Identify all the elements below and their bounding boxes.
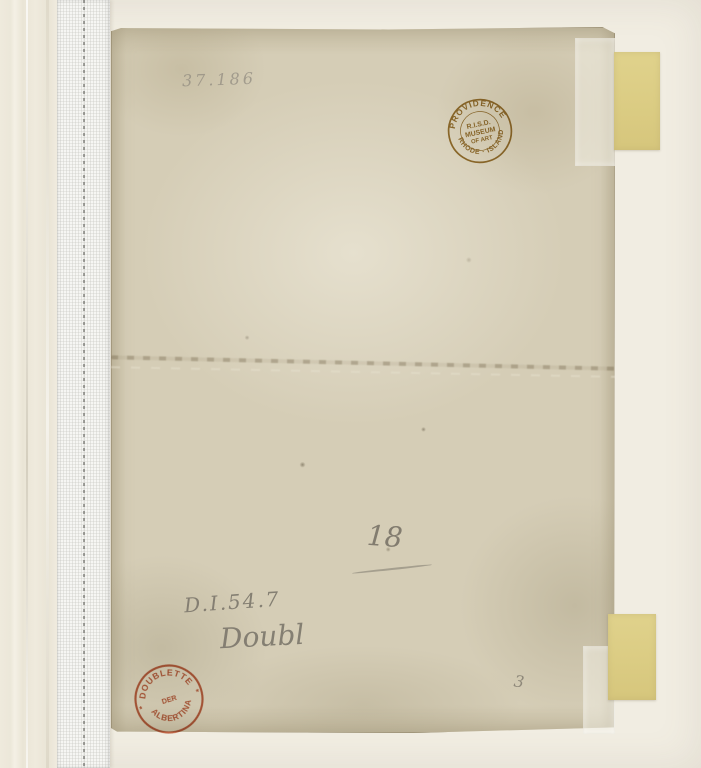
sleeve-fold-line <box>46 0 49 768</box>
risd-stamp-graphic: PROVIDENCE · RHODE · ISLAND · R.I.S.D. M… <box>441 92 519 170</box>
parchment-sheet <box>111 27 615 733</box>
script-word-inscription: Doubl <box>219 618 305 655</box>
hinge-tape-top-right <box>614 52 660 150</box>
tape-over-sheet-top-right <box>575 38 615 166</box>
stamp-center-text: DER <box>161 693 179 706</box>
hinge-tape-bottom-right <box>608 614 656 700</box>
drawing-verso-photo: 37.186 18 D.I.54.7 Doubl 3 PROVIDENCE · … <box>0 0 701 768</box>
left-mat-edge <box>0 0 57 768</box>
sleeve-fold-line <box>26 0 28 768</box>
number-18-inscription: 18 <box>366 519 404 554</box>
binding-tape-strip <box>57 0 110 768</box>
risd-museum-stamp: PROVIDENCE · RHODE · ISLAND · R.I.S.D. M… <box>441 92 519 170</box>
stitch-line <box>83 0 85 768</box>
accession-number-inscription: 37.186 <box>182 69 257 91</box>
